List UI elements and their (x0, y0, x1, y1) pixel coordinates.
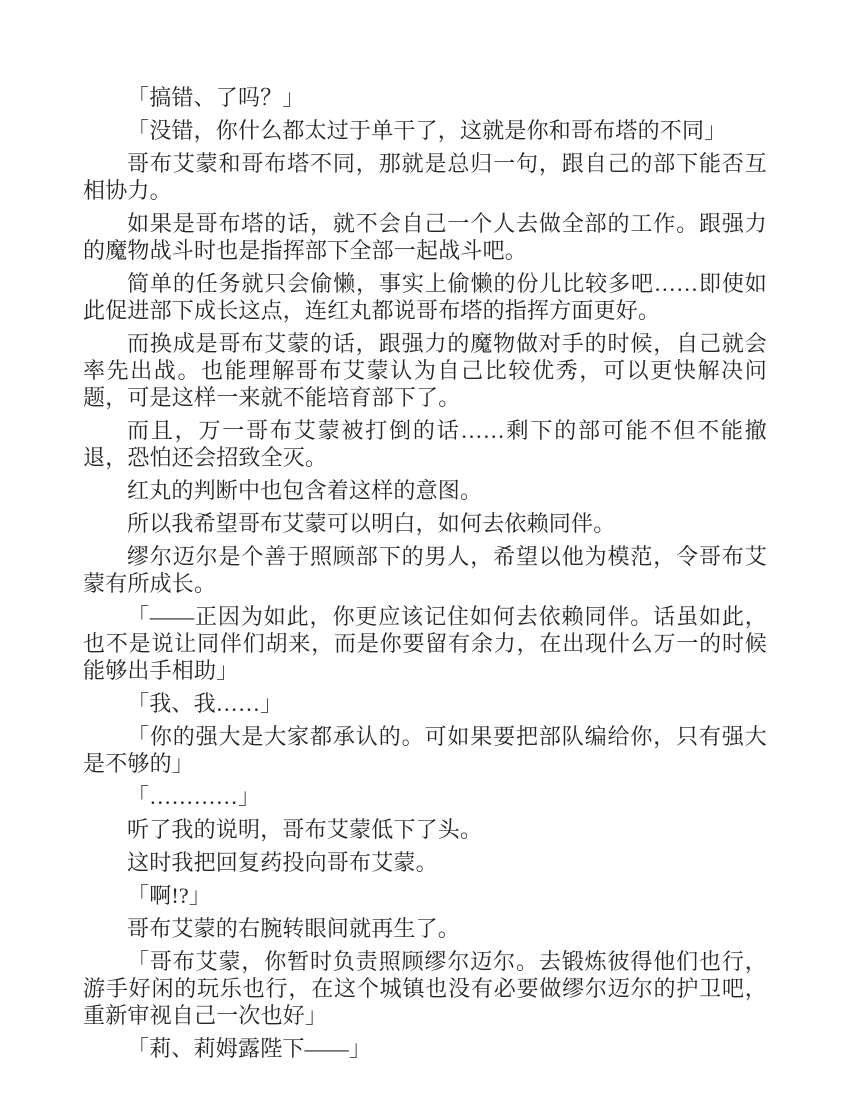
paragraph-narration: 哥布艾蒙和哥布塔不同，那就是总归一句，跟自己的部下能否互相协力。 (83, 150, 767, 204)
paragraph-narration: 所以我希望哥布艾蒙可以明白，如何去依赖同伴。 (83, 510, 767, 537)
paragraph-narration: 这时我把回复药投向哥布艾蒙。 (83, 849, 767, 876)
paragraph-narration: 红丸的判断中也包含着这样的意图。 (83, 477, 767, 504)
paragraph-narration: 而且，万一哥布艾蒙被打倒的话……剩下的部可能不但不能撤退，恐怕还会招致全灭。 (83, 417, 767, 471)
paragraph-narration: 简单的任务就只会偷懒，事实上偷懒的份儿比较多吧……即使如此促进部下成长这点，连红… (83, 270, 767, 324)
paragraph-narration: 如果是哥布塔的话，就不会自己一个人去做全部的工作。跟强力的魔物战斗时也是指挥部下… (83, 210, 767, 264)
paragraph-narration: 听了我的说明，哥布艾蒙低下了头。 (83, 816, 767, 843)
paragraph-narration: 而换成是哥布艾蒙的话，跟强力的魔物做对手的时候，自己就会率先出战。也能理解哥布艾… (83, 330, 767, 411)
paragraph-narration: 缪尔迈尔是个善于照顾部下的男人，希望以他为模范，令哥布艾蒙有所成长。 (83, 543, 767, 597)
paragraph-dialogue: 「——正因为如此，你更应该记住如何去依赖同伴。话虽如此，也不是说让同伴们胡来，而… (83, 603, 767, 684)
novel-page: 「搞错、了吗？」 「没错，你什么都太过于单干了，这就是你和哥布塔的不同」 哥布艾… (83, 84, 767, 1068)
paragraph-dialogue: 「莉、莉姆露陛下——」 (83, 1035, 767, 1062)
paragraph-dialogue: 「哥布艾蒙，你暂时负责照顾缪尔迈尔。去锻炼彼得他们也行，游手好闲的玩乐也行，在这… (83, 948, 767, 1029)
paragraph-dialogue: 「你的强大是大家都承认的。可如果要把部队编给你，只有强大是不够的」 (83, 723, 767, 777)
paragraph-dialogue: 「搞错、了吗？」 (83, 84, 767, 111)
paragraph-narration: 哥布艾蒙的右腕转眼间就再生了。 (83, 915, 767, 942)
paragraph-dialogue: 「啊!?」 (83, 882, 767, 909)
paragraph-dialogue: 「…………」 (83, 783, 767, 810)
paragraph-dialogue: 「没错，你什么都太过于单干了，这就是你和哥布塔的不同」 (83, 117, 767, 144)
paragraph-dialogue: 「我、我……」 (83, 690, 767, 717)
